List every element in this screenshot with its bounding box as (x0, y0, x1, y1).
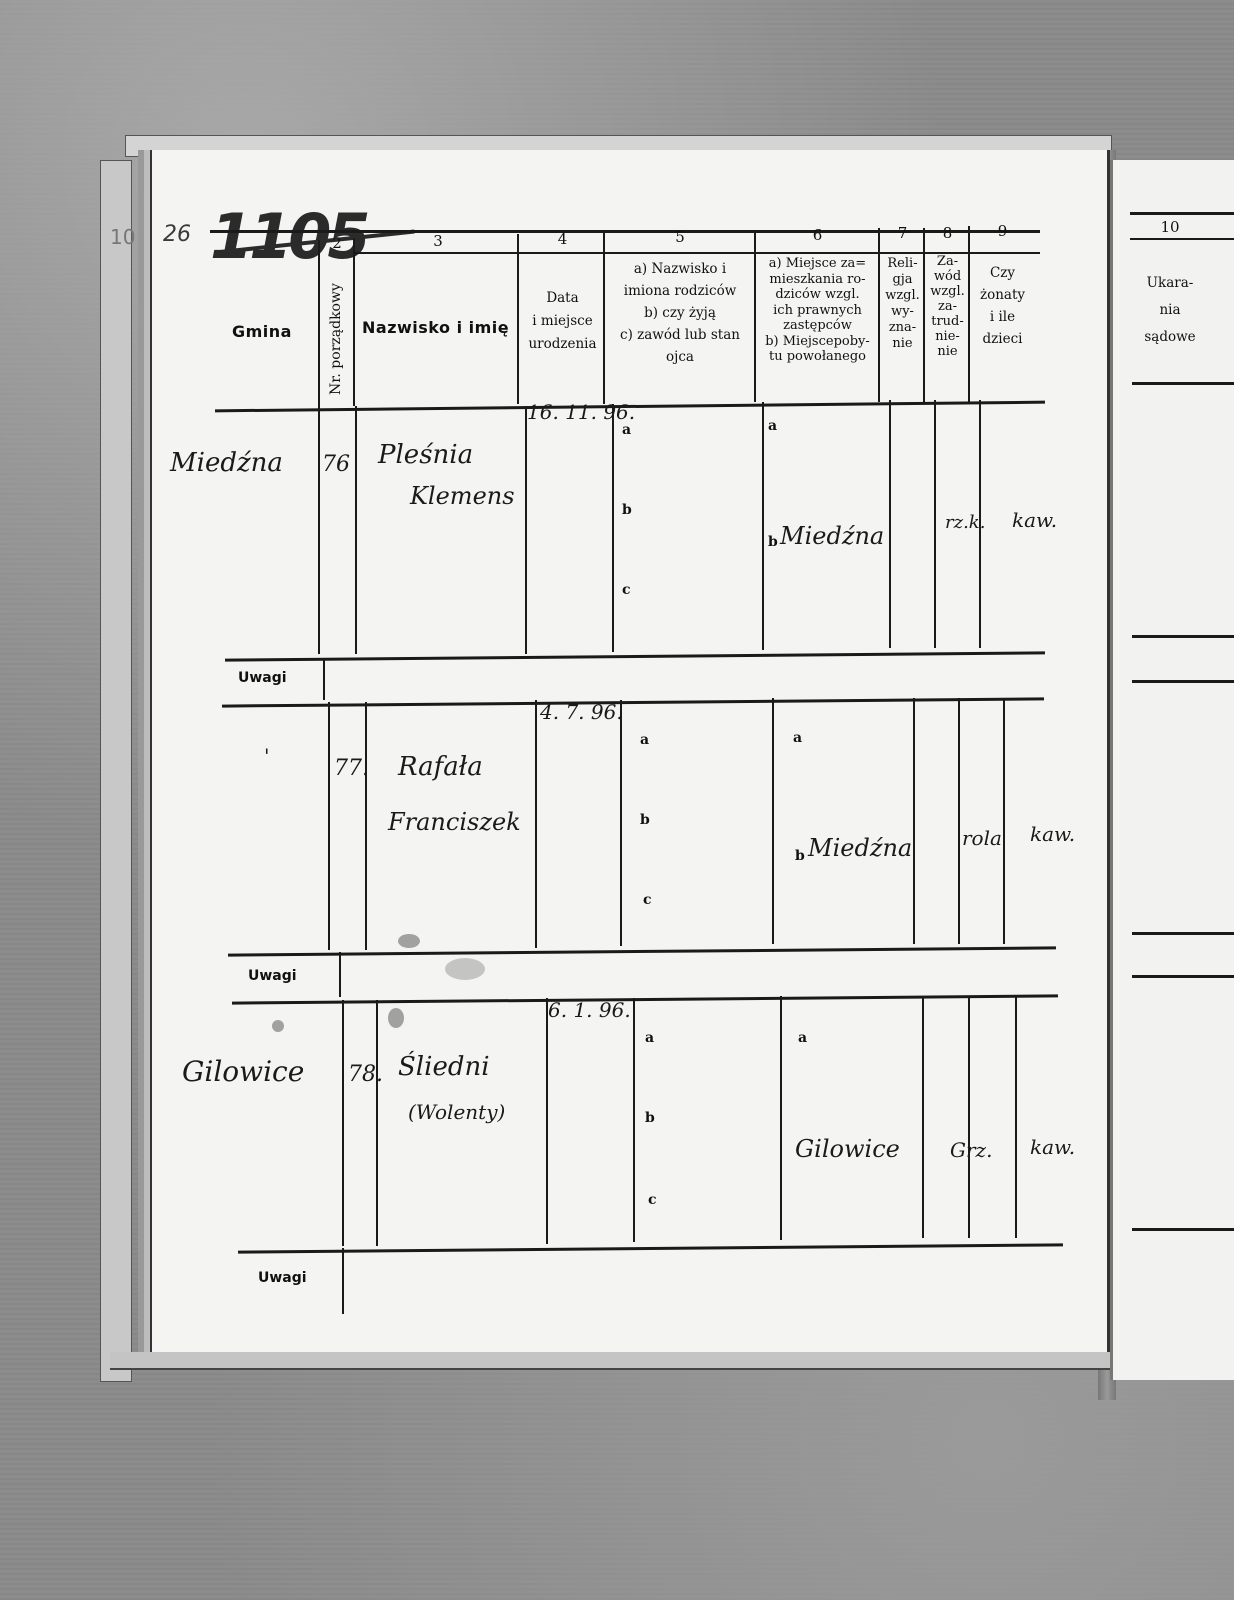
header-col4-line: Data (520, 290, 605, 307)
entry-3-sub-a: a (645, 1030, 654, 1046)
row-divider (762, 402, 764, 650)
entry-1-religion: rz.k. (945, 512, 985, 533)
row-divider (772, 698, 774, 944)
header-col8-line: za- (925, 299, 970, 314)
column-number-9: 9 (970, 222, 1035, 240)
column-number-7: 7 (880, 224, 925, 242)
row-divider (1003, 698, 1005, 944)
entry-2-sub-b: b (640, 812, 650, 828)
header-col8-line: trud- (925, 314, 970, 329)
ink-stain (445, 958, 485, 980)
row-divider (922, 996, 924, 1238)
row-divider (968, 996, 970, 1238)
entry-1-remarks-label: Uwagi (238, 670, 287, 686)
header-col8: Za- wód wzgl. za- trud- nie- nie (925, 254, 970, 359)
header-col4: Data i miejsce urodzenia (520, 290, 605, 353)
column-number-6: 6 (755, 226, 880, 244)
header-divider (318, 240, 320, 406)
entry-3-sub6-a: a (798, 1030, 807, 1046)
book-page-edge (100, 160, 132, 1382)
row-divider (376, 1000, 378, 1246)
col10-num-rule (1130, 238, 1234, 240)
entry-2-sub-a: a (640, 732, 649, 748)
header-divider (603, 232, 605, 404)
header-col7-line: Reli- (880, 256, 925, 272)
header-col10-line: Ukara- (1135, 270, 1205, 297)
column-number-3: 3 (358, 232, 518, 250)
entry-3-firstname: (Wolenty) (408, 1100, 505, 1124)
header-col9-line: i ile (970, 306, 1035, 328)
header-col8-line: wód (925, 269, 970, 284)
header-divider (754, 230, 756, 402)
entry-3-remarks-field (350, 1255, 1060, 1310)
header-gmina: Gmina (232, 322, 292, 341)
row-divider (365, 702, 367, 950)
col10-row2-uwagi-rule (1132, 975, 1234, 978)
row-divider (355, 406, 357, 654)
header-col8-line: nie (925, 344, 970, 359)
header-col10: Ukara- nia sądowe (1135, 270, 1205, 351)
entry-3-residence: Gilowice (795, 1135, 900, 1163)
entry-2-birth-date: 4. 7. 96. (540, 700, 623, 724)
header-col8-line: Za- (925, 254, 970, 269)
header-nr-porzadkowy: Nr. porządkowy (328, 283, 344, 395)
row-divider (913, 698, 915, 944)
row-divider (633, 998, 635, 1242)
entry-1-residence: Miedźna (780, 522, 884, 550)
header-divider (353, 238, 355, 406)
header-col6-line: b) Miejscepoby- (755, 334, 880, 350)
header-divider (923, 228, 925, 402)
entry-1-nr: 76 (322, 452, 350, 477)
header-col7-line: gja (880, 272, 925, 288)
entry-3-gmina: Gilowice (182, 1055, 304, 1088)
entry-1-birth-date: 16. 11. 96. (527, 400, 635, 424)
row-divider (612, 404, 614, 652)
entry-3-religion: Grz. (950, 1138, 992, 1162)
header-col8-line: nie- (925, 329, 970, 344)
header-divider (878, 228, 880, 402)
remarks-divider (339, 952, 341, 997)
header-col7-line: wy- (880, 304, 925, 320)
col10-header-bottom (1132, 382, 1234, 385)
entry-2-sub6-b: b (795, 848, 805, 864)
header-col6: a) Miejsce za= mieszkania ro- dziców wzg… (755, 256, 880, 365)
entry-1-firstname: Klemens (410, 482, 515, 510)
entry-2-surname: Rafała (398, 752, 483, 782)
ink-stain (388, 1008, 404, 1028)
entry-3-nr: 78. (348, 1062, 383, 1087)
header-col9-line: Czy (970, 262, 1035, 284)
col10-top-rule (1130, 212, 1234, 215)
entry-1-gmina: Miedźna (170, 448, 283, 478)
column-number-2: 2 (322, 234, 352, 252)
entry-1-occupation: kaw. (1012, 508, 1057, 532)
header-col9-line: żonaty (970, 284, 1035, 306)
entry-3-sub-b: b (645, 1110, 655, 1126)
header-nazwisko: Nazwisko i imię (362, 318, 509, 337)
entry-2-remarks-label: Uwagi (248, 968, 297, 984)
header-col5-line: a) Nazwisko i (605, 258, 755, 280)
column-number-5: 5 (605, 228, 755, 246)
entry-2-residence: Miedźna (808, 834, 912, 862)
col10-row3-rule (1132, 1228, 1234, 1231)
entry-2-gmina: ' (264, 744, 270, 768)
header-col4-line: i miejsce (520, 313, 605, 330)
entry-2-nr: 77. (334, 756, 369, 781)
header-col4-line: urodzenia (520, 336, 605, 353)
entry-2-sub-c: c (643, 892, 652, 908)
entry-3-sub-c: c (648, 1192, 657, 1208)
entry-1-surname: Pleśnia (378, 440, 473, 470)
header-col10-line: nia (1135, 297, 1205, 324)
row-divider (620, 700, 622, 946)
entry-1-sub-c: c (622, 582, 631, 598)
header-col6-line: a) Miejsce za= (755, 256, 880, 272)
header-divider (517, 234, 519, 404)
row-divider (1015, 996, 1017, 1238)
row-divider (535, 700, 537, 948)
header-divider (968, 226, 970, 402)
row-divider (958, 698, 960, 944)
header-col10-line: sądowe (1135, 324, 1205, 351)
ink-stain (398, 934, 420, 948)
header-col5-line: ojca (605, 346, 755, 368)
column-number-4: 4 (520, 230, 605, 248)
header-col6-line: tu powołanego (755, 349, 880, 365)
header-col7: Reli- gja wzgl. wy- zna- nie (880, 256, 925, 352)
header-col9-line: dzieci (970, 328, 1035, 350)
row-divider (342, 1000, 344, 1246)
row-divider (889, 400, 891, 648)
column-number-8: 8 (925, 224, 970, 242)
header-col6-line: mieszkania ro- (755, 272, 880, 288)
header-col7-line: nie (880, 336, 925, 352)
header-col5-line: c) zawód lub stan (605, 324, 755, 346)
row-divider (318, 406, 320, 654)
entry-2-religion: rola (962, 826, 1002, 850)
ink-stain (272, 1020, 284, 1032)
row-divider (546, 998, 548, 1244)
entry-1-remarks-field (330, 662, 1040, 696)
remarks-divider (323, 658, 325, 700)
header-col5: a) Nazwisko i imiona rodziców b) czy żyj… (605, 258, 755, 368)
column-number-10: 10 (1135, 218, 1205, 236)
pencil-mark-number: 26 (163, 222, 191, 247)
header-col5-line: b) czy żyją (605, 302, 755, 324)
header-col5-line: imiona rodziców (605, 280, 755, 302)
row-divider (328, 702, 330, 950)
col10-row1-rule (1132, 635, 1234, 638)
remarks-divider (342, 1248, 344, 1314)
pencil-mark-left: 10 (110, 225, 135, 249)
entry-1-sub6-b: b (768, 534, 778, 550)
header-col7-line: wzgl. (880, 288, 925, 304)
header-col9: Czy żonaty i ile dzieci (970, 262, 1035, 350)
entry-1-sub6-a: a (768, 418, 777, 434)
entry-3-remarks-label: Uwagi (258, 1270, 307, 1286)
entry-3-surname: Śliedni (398, 1052, 490, 1082)
header-col8-line: wzgl. (925, 284, 970, 299)
row-divider (934, 400, 936, 648)
entry-2-sub6-a: a (793, 730, 802, 746)
col10-row1-uwagi-rule (1132, 680, 1234, 683)
entry-3-occupation: kaw. (1030, 1135, 1075, 1159)
entry-2-occupation: kaw. (1030, 822, 1075, 846)
row-divider (525, 406, 527, 654)
entry-1-sub-a: a (622, 422, 631, 438)
page-stack-bottom (110, 1352, 1110, 1370)
header-col6-line: zastępców (755, 318, 880, 334)
header-col6-line: dziców wzgl. (755, 287, 880, 303)
entry-3-birth-date: 6. 1. 96. (548, 998, 631, 1022)
header-col6-line: ich prawnych (755, 303, 880, 319)
row-divider (780, 996, 782, 1240)
col10-row2-rule (1132, 932, 1234, 935)
entry-1-sub-b: b (622, 502, 632, 518)
entry-2-firstname: Franciszek (388, 808, 521, 836)
header-col7-line: zna- (880, 320, 925, 336)
